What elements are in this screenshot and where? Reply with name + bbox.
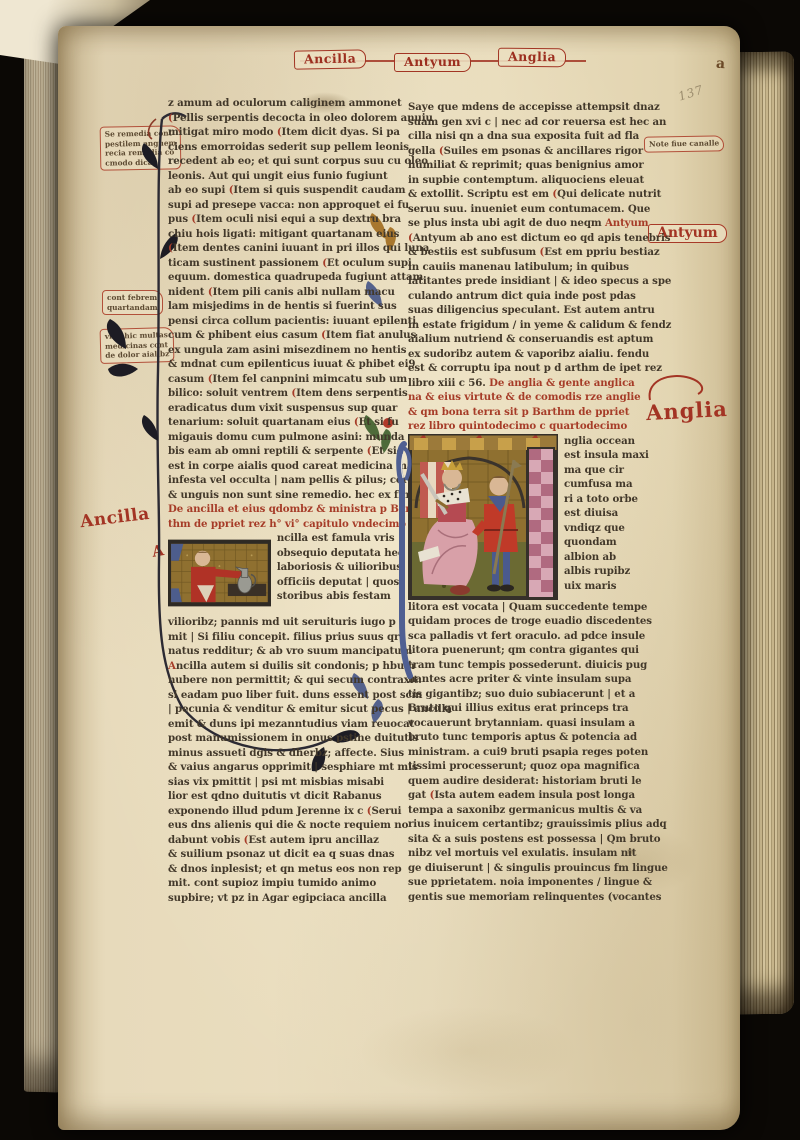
manuscript-text-line: gella (Suiles em psonas & ancillares rig…: [408, 144, 650, 159]
manuscript-text-line: ge diuiserunt | & singulis prouincus fm …: [408, 861, 650, 876]
manuscript-text-line: tis gigantibz; suo duio subiacerunt | et…: [408, 687, 650, 702]
book-fore-edge-right: [736, 52, 794, 1015]
manuscript-text-line: rius inuicem certantibz; grauissimis pli…: [408, 817, 650, 832]
manuscript-text-line: sias vix pmittit | psi mt misbias misabi: [168, 775, 404, 790]
rubric-text: (: [321, 329, 326, 341]
manuscript-text-line: albis rupibz: [564, 564, 649, 579]
manuscript-text-line: supbire; vt pz in Agar egipciaca ancilla: [168, 891, 404, 906]
manuscript-text-line: quidam proces de troge euadio discedente…: [408, 614, 650, 629]
manuscript-text-line: Saye que mdens de accepisse attempsit dn…: [408, 100, 650, 115]
column-right-upper-text: Saye que mdens de accepisse attempsit dn…: [408, 100, 650, 434]
manuscript-text-line: est & corruptu ipa nout p d arthm de ipe…: [408, 361, 650, 376]
manuscript-text-line: cumfusa ma: [564, 477, 649, 492]
rubric-text: A: [168, 660, 176, 672]
manuscript-text-line: casum (Item fel canpnini mimcatu sub um: [168, 372, 404, 387]
margin-note-nota: Note fiue canalle: [644, 135, 724, 152]
column-right-lower-text: litora est vocata | Quam succedente temp…: [408, 600, 650, 905]
rubric-text: (: [208, 373, 213, 385]
manuscript-text-line: laboriosis & uilioribus: [277, 560, 404, 575]
manuscript-text-line: & dnos inplesist; et qn metus eos non re…: [168, 862, 404, 877]
rubric-text: (: [430, 789, 435, 801]
manuscript-text-line: ma que cir: [564, 463, 649, 478]
manuscript-text-line: infesta vel occulta | nam pellis & pilus…: [168, 473, 404, 488]
manuscript-text-line: tempa a saxonibz germanicus multis & va: [408, 803, 650, 818]
rubric-text: De anglia & gente anglica: [489, 377, 635, 389]
running-title-antyum: Antyum: [394, 53, 471, 72]
manuscript-text-line: in supbie contemptum. aliquociens eleuat: [408, 173, 650, 188]
manuscript-text-line: est insula maxi: [564, 448, 649, 463]
manuscript-text-line: nibz vel mortuis vel exulatis. insulam n…: [408, 846, 650, 861]
margin-word-anglia: Anglia: [645, 396, 728, 425]
manuscript-text-line: latitantes prede insidiant | & ideo spec…: [408, 274, 650, 289]
manuscript-text-line: nantes acre priter & vinte insulam supa: [408, 672, 650, 687]
manuscript-text-line: ministram. a cui9 bruti psapia reges pot…: [408, 745, 650, 760]
parchment-stain: [358, 1006, 578, 1096]
manuscript-text-line: De ancilla et eius qdombz & ministra p B…: [168, 502, 404, 517]
column-left-wrapped-text: ncilla est famula vrisobsequio deputata …: [277, 531, 404, 604]
manuscript-text-line: tram tunc tempis possederunt. diuicis pu…: [408, 658, 650, 673]
manuscript-text-line: post manumissionem in onus pstine duitut…: [168, 731, 404, 746]
manuscript-text-line: litora est vocata | Quam succedente temp…: [408, 600, 650, 615]
column-right-wrapped-text: nglia occeanest insula maxima que circum…: [564, 434, 649, 594]
manuscript-text-line: ciens emorroidas sederit sup pellem leon…: [168, 140, 404, 155]
manuscript-text-line: litora puenerunt; qm contra gigantes qui: [408, 643, 650, 658]
manuscript-text-line: leonis. Aut qui ungit eius funio fugiunt: [168, 169, 404, 184]
manuscript-text-line: recedent ab eo; et qui sunt corpus suu c…: [168, 154, 404, 169]
running-title-row: Ancilla Antyum Anglia: [294, 46, 594, 78]
manuscript-text-line: se plus insta ubi agit de duo neqm Antyu…: [408, 216, 650, 231]
rubric-text: na & eius virtute & de comodis rze angli…: [408, 391, 641, 403]
rubric-text: rez libro quintodecimo c quartodecimo: [408, 420, 627, 432]
manuscript-text-line: & qm bona terra sit p Barthm de ppriet: [408, 405, 650, 420]
rubric-text: (: [208, 286, 213, 298]
manuscript-text-line: eradicatus dum vixit suspensus sup quar: [168, 401, 404, 416]
running-title-label: Anglia: [508, 49, 556, 64]
miniature-servant-with-ewer: [168, 531, 271, 615]
miniature-king-and-youth: [408, 434, 558, 600]
manuscript-text-line: & vaius angarus opprimit | sesphiare mt …: [168, 760, 404, 775]
manuscript-text-line: | pecunia & venditur & emitur sicut pecu…: [168, 702, 404, 717]
manuscript-text-line: (Antyum ab ano est dictum eo qd apis ten…: [408, 231, 650, 246]
text-column-left: z amum ad oculorum caliginem ammonet(Pel…: [168, 96, 404, 905]
manuscript-text-line: cum & phibent eius casum (Item fiat anul…: [168, 328, 404, 343]
manuscript-text-line: na & eius virtute & de comodis rze angli…: [408, 390, 650, 405]
rubric-text: (: [229, 184, 234, 196]
rubric-text: (: [540, 246, 545, 258]
rubric-text: (: [354, 416, 359, 428]
manuscript-text-line: vilioribz; pannis md uit seruituris iugo…: [168, 615, 404, 630]
rubric-text: (: [291, 387, 296, 399]
column-left-upper-text: z amum ad oculorum caliginem ammonet(Pel…: [168, 96, 404, 531]
manuscript-text-line: mit | Si filiu concepit. filius prius su…: [168, 630, 404, 645]
manuscript-text-line: & unguis non sunt sine remedio. hec ex f…: [168, 488, 404, 503]
manuscript-text-line: bruto tunc temporis aptus & potencia ad: [408, 730, 650, 745]
manuscript-text-line: uix maris: [564, 579, 649, 594]
manuscript-text-line: gentis sue memoriam relinquentes (vocant…: [408, 890, 650, 905]
rubric-text: (: [244, 834, 249, 846]
manuscript-text-line: sca palladis vt fert oraculo. ad pdce in…: [408, 629, 650, 644]
manuscript-text-line: ri a toto orbe: [564, 492, 649, 507]
manuscript-text-line: & bestiis est subfusum (Est em ppriu bes…: [408, 245, 650, 260]
manuscript-text-line: lior est qdno duitutis vt dicit Rabanus: [168, 789, 404, 804]
manuscript-text-line: pus (Item oculi nisi equi a sup dextru b…: [168, 212, 404, 227]
manuscript-text-line: tenarium: soluit quartanam eius (Et si f…: [168, 415, 404, 430]
manuscript-text-line: est diuisa: [564, 506, 649, 521]
manuscript-text-line: (Item dentes canini iuuant in pri illos …: [168, 241, 404, 256]
rubric-text: (: [191, 213, 196, 225]
rubric-text: (: [367, 445, 372, 457]
rubric-text: Antyum: [605, 217, 649, 229]
rubric-text: (: [322, 257, 327, 269]
rubric-text: & qm bona terra sit p Barthm de ppriet: [408, 406, 629, 418]
manuscript-text-line: Bruto qui illius exitus erat princeps tr…: [408, 701, 650, 716]
manuscript-text-line: Note fiue canalle: [649, 138, 719, 149]
manuscript-text-line: emit & duns ipi mezanntudius viam reuoca…: [168, 717, 404, 732]
manuscript-text-line: thm de ppriet rez h° vi° capitulo vndeci…: [168, 517, 404, 532]
folio-number: 137: [676, 82, 705, 103]
manuscript-photo: { "header": { "titles": ["Ancilla", "Ant…: [0, 0, 800, 1140]
quire-letter: a: [715, 56, 725, 73]
manuscript-text-line: suam gen xvi c | nec ad cor reuersa est …: [408, 115, 650, 130]
manuscript-text-line: ticam sustinent passionem (Et oculum sup…: [168, 256, 404, 271]
running-title-anglia: Anglia: [498, 48, 566, 68]
manuscript-text-line: gat (Ista autem eadem insula post longa: [408, 788, 650, 803]
manuscript-text-line: bilico: soluit ventrem (Item dens serpen…: [168, 386, 404, 401]
manuscript-text-line: equum. domestica quadrupeda fugiunt atta…: [168, 270, 404, 285]
manuscript-text-line: aialium nutriend & conseruandis est aptu…: [408, 332, 650, 347]
text-column-right: Saye que mdens de accepisse attempsit dn…: [408, 100, 650, 904]
rubric-text: (: [408, 232, 413, 244]
manuscript-text-line: est in corpe aialis quod careat medicina…: [168, 459, 404, 474]
manuscript-text-line: sita & a suis postens est possessa | Qm …: [408, 832, 650, 847]
manuscript-text-line: officiis deputat | quos: [277, 575, 404, 590]
manuscript-text-line: minus assueti dgis & dherbz; affecte. Si…: [168, 746, 404, 761]
manuscript-text-line: nubere non permittit; & qui secum contra…: [168, 673, 404, 688]
manuscript-text-line: (Pellis serpentis decocta in oleo dolore…: [168, 111, 404, 126]
manuscript-text-line: & mdnat cum epilenticus iuuat & phibet e…: [168, 357, 404, 372]
column-left-lower-text: vilioribz; pannis md uit seruituris iugo…: [168, 615, 404, 905]
rubric-text: thm de ppriet rez h° vi° capitulo vndeci…: [168, 518, 406, 530]
manuscript-text-line: quem audire desiderat: historiam bruti l…: [408, 774, 650, 789]
rubric-text: De ancilla et eius qdombz & ministra p B…: [168, 503, 411, 515]
manuscript-text-line: obsequio deputata hec: [277, 546, 404, 561]
manuscript-text-line: bis eam ab omni reptili & serpente (Et s…: [168, 444, 404, 459]
manuscript-text-line: sue pprietatem. noia imponentes / lingue…: [408, 875, 650, 890]
running-title-ancilla: Ancilla: [294, 49, 367, 69]
manuscript-text-line: supi ad presepe vacca: non approquet ei …: [168, 198, 404, 213]
rubric-text: (: [439, 145, 444, 157]
manuscript-text-line: storibus abis festam: [277, 589, 404, 604]
manuscript-text-line: & extollit. Scriptu est em (Qui delicate…: [408, 187, 650, 202]
manuscript-text-line: humiliat & reprimit; quas benignius amor: [408, 158, 650, 173]
rubric-text: (: [367, 805, 372, 817]
manuscript-text-line: lam misjedims in de hentis si fuerint su…: [168, 299, 404, 314]
manuscript-text-line: suas diligencius speculant. Est autem an…: [408, 303, 650, 318]
manuscript-text-line: exponendo illud pdum Jerenne ix c (Serui: [168, 804, 404, 819]
manuscript-text-line: migauis domu cum pulmone asini: munda: [168, 430, 404, 445]
rubric-text: (: [277, 126, 282, 138]
manuscript-text-line: cilla nisi qn a dna sua exposita fuit ad…: [408, 129, 650, 144]
rubric-text: (: [168, 242, 173, 254]
manuscript-text-line: ex sudoribz autem & vaporibz aialiu. fen…: [408, 347, 650, 362]
manuscript-text-line: mitigat miro modo (Item dicit dyas. Si p…: [168, 125, 404, 140]
initial-a-anglia: [394, 440, 414, 680]
manuscript-text-line: ex ungula zam asini misezdinem no hentis: [168, 343, 404, 358]
manuscript-text-line: z amum ad oculorum caliginem ammonet: [168, 96, 404, 111]
manuscript-text-line: seruu suu. inueniet eum contumacem. Que: [408, 202, 650, 217]
manuscript-text-line: nglia occean: [564, 434, 649, 449]
running-title-label: Ancilla: [304, 51, 357, 67]
manuscript-text-line: mit. cont supioz impiu tumido animo: [168, 876, 404, 891]
manuscript-text-line: nident (Item pili canis albi nullam macu: [168, 285, 404, 300]
manuscript-text-line: natus redditur; & ab vro suum mancipatum: [168, 644, 404, 659]
manuscript-text-line: Ancilla autem si duilis sit condonis; p …: [168, 659, 404, 674]
manuscript-text-line: chiu hois ligati: mitigant quartanam eiu…: [168, 227, 404, 242]
manuscript-text-line: in estate frigidum / in yeme & calidum &…: [408, 318, 650, 333]
rubric-text: (: [168, 112, 173, 124]
manuscript-text-line: quondam: [564, 535, 649, 550]
rubric-text: (: [552, 188, 557, 200]
manuscript-text-line: vndiqz que: [564, 521, 649, 536]
manuscript-text-line: eus dns alienis qui die & nocte requiem …: [168, 818, 404, 833]
manuscript-text-line: culando antrum dict quia inde post pdas: [408, 289, 650, 304]
manuscript-text-line: si eadam puo liber fuit. duns essent pos…: [168, 688, 404, 703]
manuscript-text-line: libro xiii c 56. De anglia & gente angli…: [408, 376, 650, 391]
manuscript-page: Ancilla Antyum Anglia a 137 Se remedia c…: [58, 26, 740, 1130]
manuscript-text-line: tissimi processerunt; quoz opa magnifica: [408, 759, 650, 774]
manuscript-text-line: pensi circa collum pacientis: iuuant epi…: [168, 314, 404, 329]
manuscript-text-line: vocauerunt brytanniam. quasi insulam a: [408, 716, 650, 731]
manuscript-text-line: ab eo supi (Item si quis suspendit cauda…: [168, 183, 404, 198]
manuscript-text-line: dabunt vobis (Est autem ipru ancillaz: [168, 833, 404, 848]
manuscript-text-line: & suilium psonaz ut dicit ea q suas dnas: [168, 847, 404, 862]
running-title-label: Antyum: [404, 54, 461, 69]
manuscript-text-line: rez libro quintodecimo c quartodecimo: [408, 419, 650, 434]
manuscript-text-line: albion ab: [564, 550, 649, 565]
manuscript-text-line: ncilla est famula vris: [277, 531, 404, 546]
manuscript-text-line: in cauiis manenau latibulum; in quibus: [408, 260, 650, 275]
